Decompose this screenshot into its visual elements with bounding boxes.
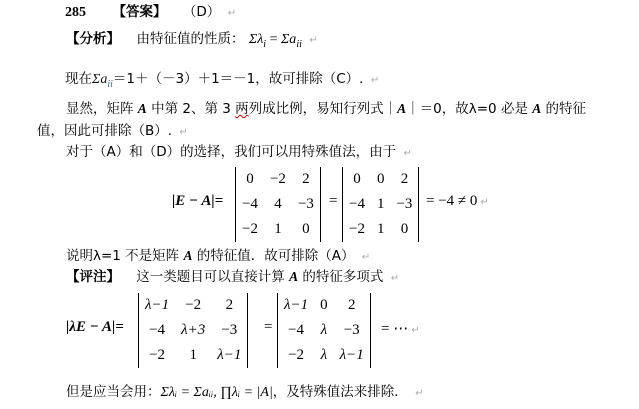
formula-sum-a: Σa — [281, 32, 296, 47]
paragraph-mark: ↵ — [309, 35, 317, 46]
det1-lhs: |E − A|= — [172, 193, 223, 210]
text: ｜＝0，故λ=0 必是 — [406, 101, 532, 117]
trace-sigma: Σa — [92, 72, 107, 87]
answer-label: 【答案】 — [112, 4, 166, 20]
comment-line: 【评注】 这一类题目可以直接计算 A 的特征多项式 ↵ — [66, 268, 399, 288]
matrix-A: A — [138, 101, 147, 116]
comment-label: 【评注】 — [66, 269, 120, 285]
paragraph-mark: ↵ — [411, 325, 419, 336]
answer-value: （D） — [183, 4, 220, 20]
det2-result: = ⋯↵ — [381, 319, 420, 338]
exclude-b-cont: 值，因此可排除（B）. ↵ — [37, 122, 188, 142]
text: 对于（A）和（D）的选择，我们可以用特殊值法，由于 — [66, 144, 396, 160]
analysis-label: 【分析】 — [66, 31, 120, 47]
text: 的特征 — [541, 101, 586, 117]
det1-eq: = — [329, 193, 337, 210]
paragraph-mark: ↵ — [371, 75, 379, 86]
text: 列成比例，易知行列式｜ — [249, 101, 398, 117]
exclude-b-line: 显然，矩阵 A 中第 2、第 3 两列成比例，易知行列式｜A｜＝0，故λ=0 必… — [66, 100, 586, 118]
matrix-A: A — [532, 101, 541, 116]
paragraph-mark: ↵ — [228, 8, 236, 19]
paragraph-mark: ↵ — [415, 388, 423, 399]
matrix-A: A — [397, 101, 406, 116]
text: |λE − A|= — [66, 319, 124, 335]
ad-line: 对于（A）和（D）的选择，我们可以用特殊值法，由于 ↵ — [66, 143, 412, 163]
det2-lhs: |λE − A|= — [66, 319, 124, 336]
text: 值，因此可排除（B）. — [37, 123, 172, 139]
exclude-a-line: 说明λ=1 不是矩阵 A 的特征值．故可排除（A） ↵ — [66, 247, 370, 267]
text: 但是应当会用： — [66, 384, 161, 400]
matrix-A: A — [289, 269, 298, 284]
spellcheck-word: 两 — [235, 101, 249, 117]
paragraph-mark: ↵ — [179, 127, 187, 138]
text: = ⋯ — [381, 321, 408, 337]
answer-line: 285 【答案】 （D） ↵ — [65, 3, 236, 23]
text: 显然，矩阵 — [66, 101, 138, 117]
formula-sum-lambda: Σλ — [249, 32, 263, 47]
text: ，及特殊值法来排除． — [273, 384, 408, 400]
det2-matrix2: λ−102 −4λ−3 −2λλ−1 — [277, 293, 371, 368]
matrix-A: A — [183, 248, 192, 263]
text: = −4 ≠ 0 — [426, 193, 477, 209]
text: 说明λ=1 不是矩阵 — [66, 248, 183, 264]
analysis-text: 由特征值的性质： — [136, 31, 244, 47]
formula-sub: ii — [296, 39, 302, 50]
problem-number: 285 — [65, 5, 86, 20]
text: 这一类题目可以直接计算 — [136, 269, 289, 285]
paragraph-mark: ↵ — [480, 197, 488, 208]
text: 的特征多项式 — [298, 269, 383, 285]
final-line: 但是应当会用：Σλᵢ = Σaᵢᵢ, ∏λᵢ = |A|，及特殊值法来排除． ↵ — [66, 383, 424, 403]
paragraph-mark: ↵ — [391, 273, 399, 284]
trace-prefix: 现在 — [65, 71, 92, 87]
paragraph-mark: ↵ — [362, 252, 370, 263]
det1-matrix2: 002 −41−3 −210 — [342, 167, 419, 242]
paragraph-mark: ↵ — [403, 148, 411, 159]
formula-eq: = — [266, 32, 281, 47]
text: 中第 2、第 3 — [147, 101, 235, 117]
analysis-line: 【分析】 由特征值的性质： Σλi = Σaii ↵ — [66, 30, 318, 54]
det1-result: = −4 ≠ 0↵ — [426, 193, 489, 210]
det2-matrix1: λ−1−22 −4λ+3−3 −21λ−1 — [138, 293, 248, 368]
trace-text: ＝1＋（－3）＋1＝－1，故可排除（C）. — [113, 71, 364, 87]
det1-matrix1: 0−22 −44−3 −210 — [235, 167, 321, 242]
det2-eq: = — [264, 319, 272, 336]
text: 的特征值．故可排除（A） — [193, 248, 355, 264]
text: |E − A|= — [172, 193, 223, 209]
final-formula: Σλᵢ = Σaᵢᵢ, ∏λᵢ = |A| — [161, 385, 273, 400]
trace-line: 现在Σaii＝1＋（－3）＋1＝－1，故可排除（C）. ↵ — [65, 70, 379, 94]
